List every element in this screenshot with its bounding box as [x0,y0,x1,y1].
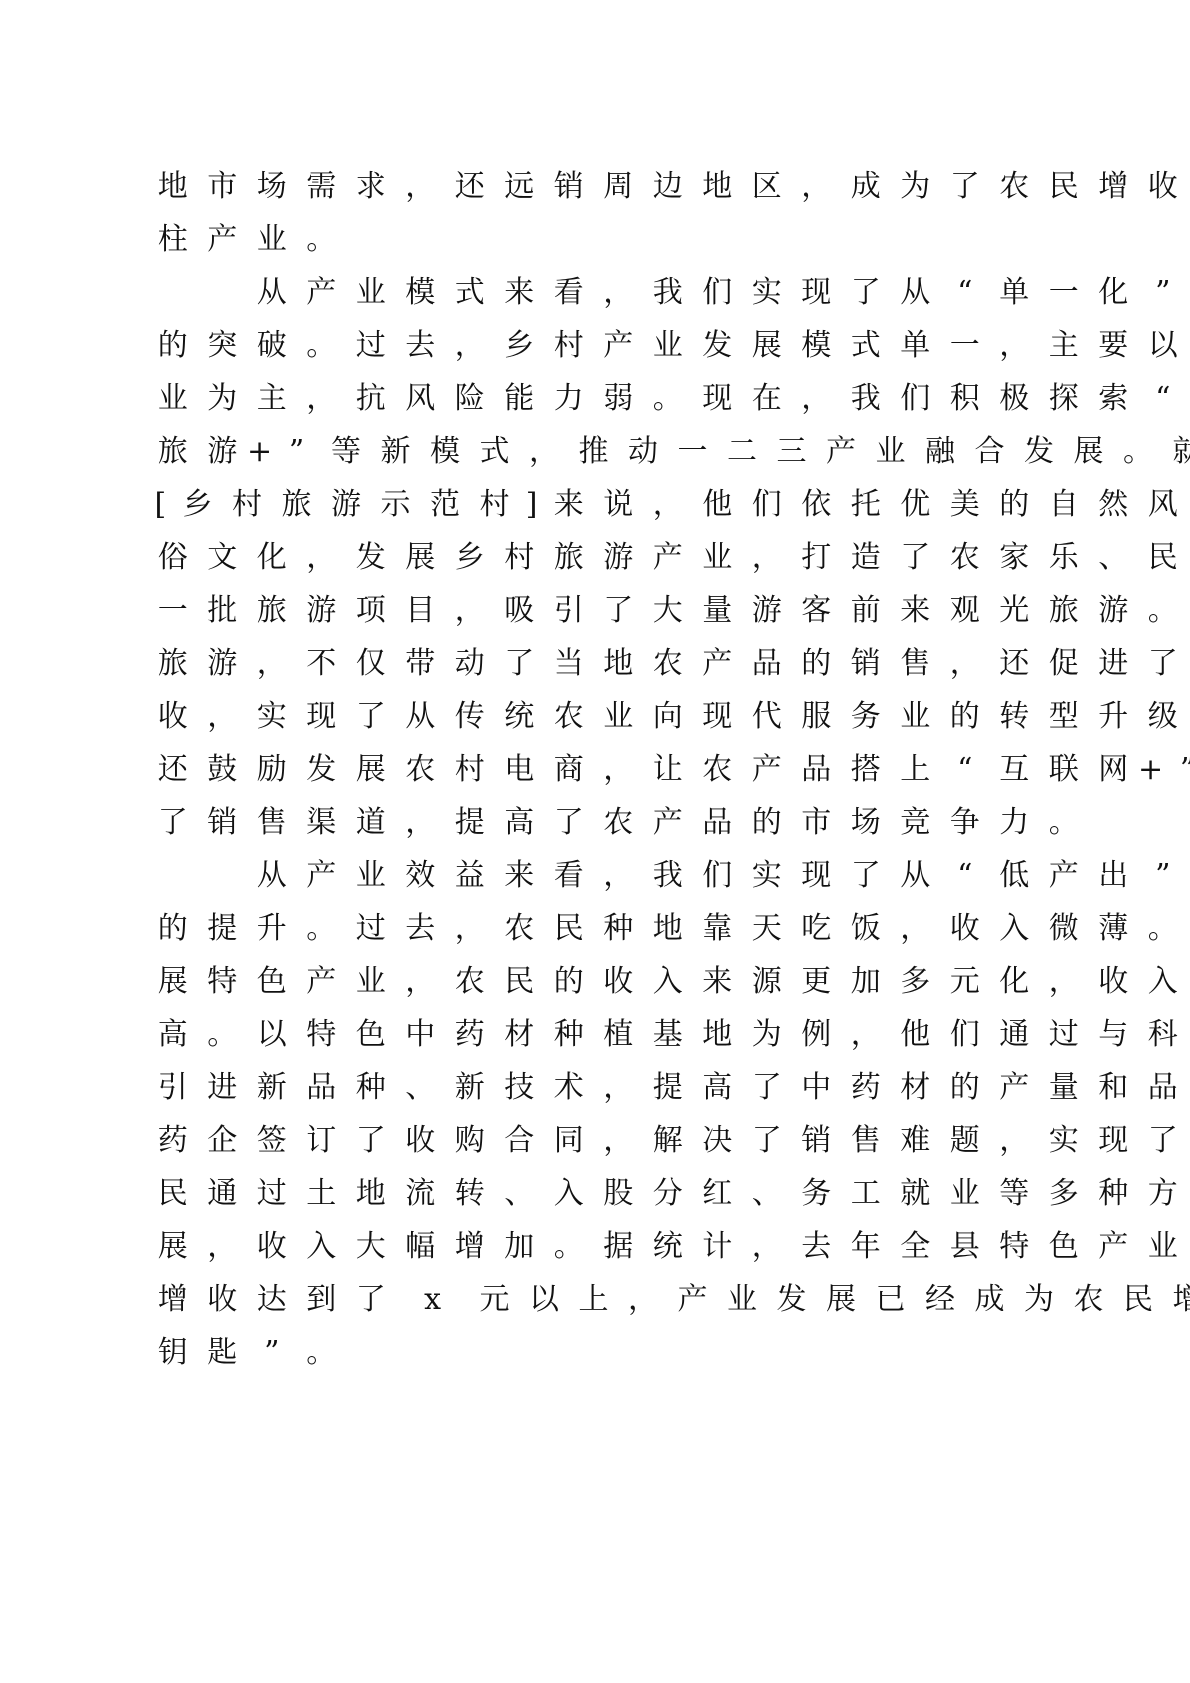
text-line: 从产业模式来看，我们实现了从“单一化”到“多元化” [148,266,1190,319]
text-line: 的突破。过去，乡村产业发展模式单一，主要以种植业和养殖 [148,319,1190,372]
text-line: [乡村旅游示范村]来说，他们依托优美的自然风光和独特的民 [148,478,1190,531]
text-line: 业为主，抗风险能力弱。现在，我们积极探索“农业+”“乡村 [148,372,1190,425]
text-line: 旅游+”等新模式，推动一二三产业融合发展。就拿咱们参观的 [148,425,1190,478]
text-line: 柱产业。 [148,213,346,266]
text-line: 民通过土地流转、入股分红、务工就业等多种方式参与产业发 [148,1167,1190,1220]
text-line: 地市场需求，还远销周边地区，成为了农民增收致富的重要支 [148,160,1190,213]
text-line: 收，实现了从传统农业向现代服务业的转型升级。此外，我们 [148,690,1190,743]
text-line: 展，收入大幅增加。据统计，去年全县特色产业带动农民人均 [148,1220,1190,1273]
text-line: 了销售渠道，提高了农产品的市场竞争力。 [148,796,1089,849]
text-line: 引进新品种、新技术，提高了中药材的产量和品质。同时，与 [148,1061,1190,1114]
text-line: 俗文化，发展乡村旅游产业，打造了农家乐、民宿、采摘园等 [148,531,1190,584]
text-line: 钥匙”。 [148,1326,346,1379]
text-line: 药企签订了收购合同，解决了销售难题，实现了产销对接。农 [148,1114,1190,1167]
text-line: 从产业效益来看，我们实现了从“低产出”到“高效益” [148,849,1190,902]
text-line: 展特色产业，农民的收入来源更加多元化，收入水平显著提 [148,955,1190,1008]
text-line: 增收达到了 x 元以上，产业发展已经成为农民增收致富的“金 [148,1273,1190,1326]
text-line: 旅游，不仅带动了当地农产品的销售，还促进了农民就业增 [148,637,1190,690]
text-line: 的提升。过去，农民种地靠天吃饭，收入微薄。如今，通过发 [148,902,1190,955]
text-line: 高。以特色中药材种植基地为例，他们通过与科研院校合作， [148,1008,1190,1061]
text-line: 还鼓励发展农村电商，让农产品搭上“互联网+”的快车，拓宽 [148,743,1190,796]
text-line: 一批旅游项目，吸引了大量游客前来观光旅游。通过发展乡村 [148,584,1190,637]
